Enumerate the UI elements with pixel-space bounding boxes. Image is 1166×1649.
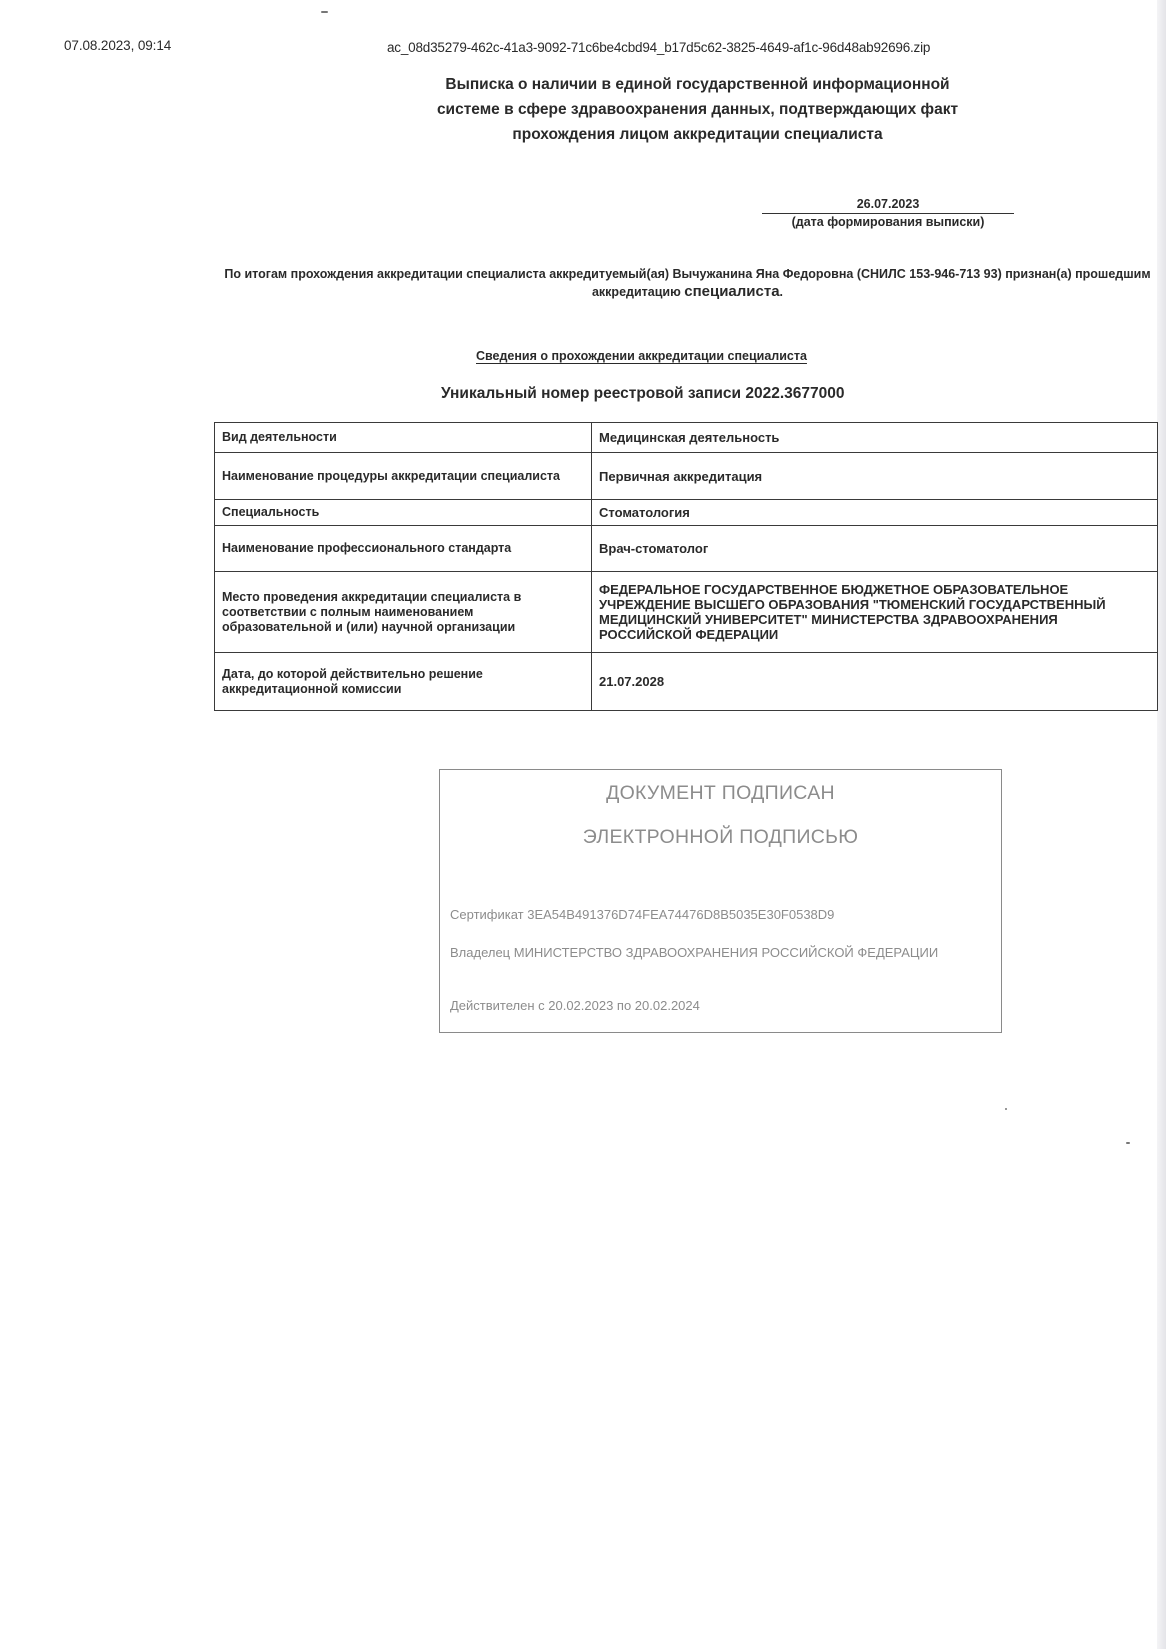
table-value-cell: 21.07.2028: [592, 653, 1158, 711]
electronic-signature-stamp: ДОКУМЕНТ ПОДПИСАН ЭЛЕКТРОННОЙ ПОДПИСЬЮ С…: [439, 769, 1002, 1033]
table-value-cell: Стоматология: [592, 500, 1158, 526]
document-title: Выписка о наличии в единой государственн…: [360, 72, 1035, 147]
intro-paragraph: По итогам прохождения аккредитации специ…: [215, 266, 1160, 301]
intro-emphasis-text: специалиста: [684, 283, 779, 300]
issue-date-caption: (дата формирования выписки): [762, 214, 1014, 229]
table-value-cell: Медицинская деятельность: [592, 423, 1158, 453]
stamp-title-line1: ДОКУМЕНТ ПОДПИСАН: [440, 782, 1001, 805]
print-filename: ac_08d35279-462c-41a3-9092-71c6be4cbd94_…: [387, 40, 930, 55]
scan-speck: [1126, 1142, 1130, 1144]
stamp-certificate: Сертификат 3EA54B491376D74FEA74476D8B503…: [450, 907, 990, 922]
table-value-cell: Первичная аккредитация: [592, 453, 1158, 500]
section-title: Сведения о прохождении аккредитации спец…: [476, 349, 807, 363]
table-value-cell: ФЕДЕРАЛЬНОЕ ГОСУДАРСТВЕННОЕ БЮДЖЕТНОЕ ОБ…: [592, 572, 1158, 653]
document-title-line: прохождения лицом аккредитации специалис…: [360, 122, 1035, 147]
table-row: Место проведения аккредитации специалист…: [215, 572, 1158, 653]
table-row: Наименование профессионального стандарта…: [215, 526, 1158, 572]
issue-date-block: 26.07.2023 (дата формирования выписки): [762, 197, 1014, 229]
table-label-cell: Наименование профессионального стандарта: [215, 526, 592, 572]
scan-speck: [1005, 1108, 1007, 1110]
issue-date: 26.07.2023: [762, 197, 1014, 214]
document-title-line: системе в сфере здравоохранения данных, …: [360, 97, 1035, 122]
table-label-cell: Вид деятельности: [215, 423, 592, 453]
stamp-validity: Действителен с 20.02.2023 по 20.02.2024: [450, 998, 990, 1013]
intro-end-text: .: [780, 285, 783, 299]
table-label-cell: Дата, до которой действительно решение а…: [215, 653, 592, 711]
table-value-cell: Врач-стоматолог: [592, 526, 1158, 572]
table-label-cell: Место проведения аккредитации специалист…: [215, 572, 592, 653]
table-row: Наименование процедуры аккредитации спец…: [215, 453, 1158, 500]
stamp-owner: Владелец МИНИСТЕРСТВО ЗДРАВООХРАНЕНИЯ РО…: [450, 945, 990, 960]
table-label-cell: Наименование процедуры аккредитации спец…: [215, 453, 592, 500]
table-label-cell: Специальность: [215, 500, 592, 526]
stamp-title-line2: ЭЛЕКТРОННОЙ ПОДПИСЬЮ: [440, 826, 1001, 849]
registry-number: Уникальный номер реестровой записи 2022.…: [441, 385, 845, 403]
document-title-line: Выписка о наличии в единой государственн…: [360, 72, 1035, 97]
table-row: Дата, до которой действительно решение а…: [215, 653, 1158, 711]
scan-edge-strip: [1157, 0, 1166, 1649]
table-row: Специальность Стоматология: [215, 500, 1158, 526]
scan-speck: [321, 11, 328, 13]
print-datetime: 07.08.2023, 09:14: [64, 38, 171, 53]
accreditation-info-table: Вид деятельности Медицинская деятельност…: [214, 422, 1158, 711]
table-row: Вид деятельности Медицинская деятельност…: [215, 423, 1158, 453]
